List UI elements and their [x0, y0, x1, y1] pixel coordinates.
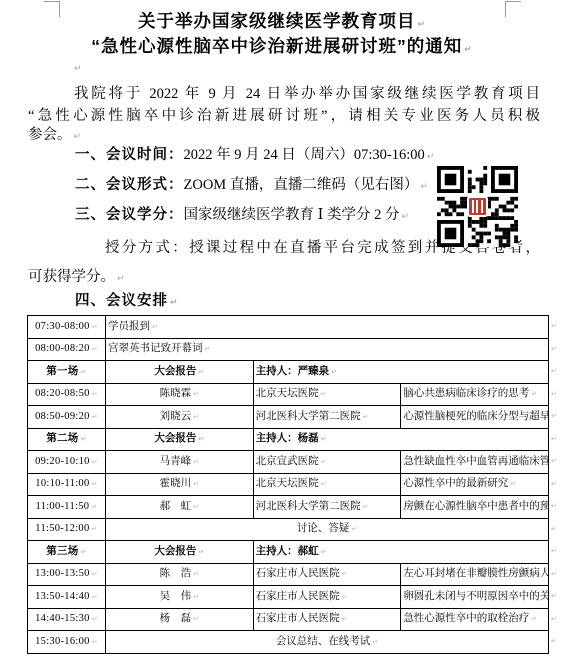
speaker-cell: 杨 磊: [106, 608, 254, 631]
hospital-cell-text: 北京宣武医院: [256, 456, 327, 467]
row-end-mark: ↵: [551, 585, 563, 608]
row-end-mark: ↵: [551, 518, 563, 541]
table-row: 13:50-14:40吴 伟石家庄市人民医院卵圆孔未闭与不明原因卒中的关系: [28, 586, 549, 609]
intro-line: “急性心源性脑卒中诊治新进展研讨班”，请相关专业医务人员积极: [28, 104, 540, 125]
row-end-mark: ↵: [551, 563, 563, 586]
hospital-cell: 石家庄市人民医院: [253, 608, 401, 631]
notice-document-page: { "document": { "title_lines": [ "关于举办国家…: [0, 0, 564, 660]
table-row: 11:00-11:50郝 虹河北医科大学第二医院房颤在心源性脑卒中患者中的预防和…: [28, 496, 549, 519]
topic-cell-text: 心源性卒中的最新研究: [403, 478, 516, 489]
report-type-cell: 大会报告: [106, 541, 254, 564]
row-end-mark: ↵: [551, 473, 563, 496]
time-cell-text: 13:50-14:40: [35, 591, 98, 602]
time-cell-text: 08:50-09:20: [35, 411, 98, 422]
topic-cell-text: 脑心共患病临床诊疗的思考: [403, 388, 537, 399]
speaker-cell-text: 霍晓川: [160, 478, 199, 489]
speaker-cell: 吴 伟: [106, 586, 254, 609]
table-row: 10:10-11:00霍晓川北京天坛医院心源性卒中的最新研究: [28, 473, 549, 496]
time-cell: 14:40-15:30: [28, 608, 106, 631]
table-row: 14:40-15:30杨 磊石家庄市人民医院急性心源性卒中的取栓治疗: [28, 608, 549, 631]
paragraph-mark: 可获得学分。: [28, 269, 125, 285]
row-end-mark: ↵: [551, 608, 563, 631]
content-cell-text: 学员报到: [108, 321, 158, 332]
row-end-mark: ↵: [551, 315, 563, 338]
time-cell-text: 11:00-11:50: [35, 501, 97, 512]
session-label-cell: 第二场: [28, 428, 106, 451]
row-end-mark: ↵: [551, 495, 563, 518]
topic-cell-text: 急性心源性卒中的取栓治疗: [403, 613, 537, 624]
speaker-cell-text: 陈 浩: [160, 568, 199, 579]
report-type-cell-text: 大会报告: [154, 433, 204, 444]
report-type-cell: 大会报告: [106, 428, 254, 451]
hospital-cell: 北京天坛医院: [253, 473, 401, 496]
credit-note-line: 可获得学分。: [28, 265, 125, 286]
report-type-cell: 大会报告: [106, 361, 254, 384]
time-cell-text: 15:30-16:00: [35, 636, 98, 647]
hospital-cell: 石家庄市人民医院: [253, 586, 401, 609]
table-row: 第一场大会报告主持人：严臻泉: [28, 361, 549, 384]
topic-cell-text: 左心耳封堵在非瓣膜性房颤病人中的应用: [403, 568, 548, 579]
time-cell-text: 09:20-10:10: [35, 456, 98, 467]
table-row: 第二场大会报告主持人：杨磊: [28, 428, 549, 451]
host-cell-text: 主持人：杨磊: [256, 433, 327, 444]
schedule-table: 07:30-08:00学员报到08:00-08:20宫翠英书记致开幕词第一场大会…: [27, 315, 549, 654]
hospital-cell-text: 河北医科大学第二医院: [256, 501, 369, 512]
topic-cell-text: 心源性脑梗死的临床分型与超早期再灌注治疗: [403, 411, 548, 422]
time-cell-text: 08:00-08:20: [35, 343, 98, 354]
time-cell: 08:20-08:50: [28, 383, 106, 406]
table-row: 08:20-08:50陈晓霖北京天坛医院脑心共患病临床诊疗的思考: [28, 383, 549, 406]
time-cell: 15:30-16:00: [28, 631, 106, 654]
content-cell-text: 会议总结、在线考试: [276, 636, 378, 647]
hospital-cell: 河北医科大学第二医院: [253, 406, 401, 429]
host-cell-text: 主持人：严臻泉: [256, 366, 337, 377]
schedule-heading: 四、会议安排: [75, 289, 179, 310]
session-label-cell-text: 第一场: [46, 366, 87, 377]
time-cell: 10:10-11:00: [28, 473, 106, 496]
topic-cell: 急性缺血性卒中血管再通临床管理: [401, 451, 549, 474]
time-cell-text: 14:40-15:30: [35, 613, 98, 624]
table-row: 09:20-10:10马青峰北京宣武医院急性缺血性卒中血管再通临床管理: [28, 451, 549, 474]
time-cell: 08:00-08:20: [28, 338, 106, 361]
topic-cell: 脑心共患病临床诊疗的思考: [401, 383, 549, 406]
session-label-cell: 第三场: [28, 541, 106, 564]
hospital-cell: 河北医科大学第二医院: [253, 496, 401, 519]
host-cell: 主持人：杨磊: [253, 428, 548, 451]
topic-cell-text: 房颤在心源性脑卒中患者中的预防和治疗策略: [403, 501, 548, 512]
time-cell: 09:20-10:10: [28, 451, 106, 474]
time-cell: 08:50-09:20: [28, 406, 106, 429]
agenda-item-format: 二、会议形式：ZOOM 直播，直播二维码（见右图）: [75, 173, 428, 194]
speaker-cell-text: 杨 磊: [160, 613, 199, 624]
empty-paragraph-mark: [72, 58, 82, 76]
paragraph-mark: “急性心源性脑卒中诊治新进展研讨班”的通知: [91, 36, 473, 56]
table-row: 15:30-16:00会议总结、在线考试: [28, 631, 549, 654]
live-stream-qr-code: [437, 166, 518, 247]
hospital-cell: 北京宣武医院: [253, 451, 401, 474]
hospital-cell: 北京天坛医院: [253, 383, 401, 406]
content-cell-text: 讨论、答疑: [297, 523, 357, 534]
intro-line: 参会。: [28, 123, 540, 144]
speaker-cell-text: 陈晓霖: [160, 388, 199, 399]
notice-title-line-1: 关于举办国家级继续医学教育项目: [0, 8, 564, 33]
time-cell-text: 08:20-08:50: [35, 388, 98, 399]
session-label-cell-text: 第二场: [46, 433, 87, 444]
speaker-cell: 陈 浩: [106, 563, 254, 586]
row-end-mark: ↵: [551, 405, 563, 428]
report-type-cell-text: 大会报告: [154, 546, 204, 557]
agenda-item-time: 一、会议时间：2022 年 9 月 24 日（周六）07:30-16:00: [75, 143, 434, 164]
intro-line: 我院将于 2022 年 9 月 24 日举办举办国家级继续医学教育项目: [28, 82, 540, 103]
topic-cell: 急性心源性卒中的取栓治疗: [401, 608, 549, 631]
agenda-item-label: 二、会议形式：: [75, 177, 184, 193]
agenda-item-label: 三、会议学分：: [75, 207, 184, 223]
speaker-cell: 霍晓川: [106, 473, 254, 496]
host-cell: 主持人：郝虹: [253, 541, 548, 564]
host-cell: 主持人：严臻泉: [253, 361, 548, 384]
content-cell: 宫翠英书记致开幕词: [106, 338, 549, 361]
topic-cell: 心源性卒中的最新研究: [401, 473, 549, 496]
time-cell-text: 11:50-12:00: [35, 523, 97, 534]
agenda-item-label: 一、会议时间：: [75, 147, 184, 163]
topic-cell: 卵圆孔未闭与不明原因卒中的关系: [401, 586, 549, 609]
table-row: 13:00-13:50陈 浩石家庄市人民医院左心耳封堵在非瓣膜性房颤病人中的应用: [28, 563, 549, 586]
paragraph-mark: 参会。: [28, 127, 81, 143]
speaker-cell: 郝 虹: [106, 496, 254, 519]
speaker-cell: 刘晓云: [106, 406, 254, 429]
row-end-marks: ↵↵↵↵↵↵↵↵↵↵↵↵↵↵↵: [551, 315, 563, 653]
topic-cell: 左心耳封堵在非瓣膜性房颤病人中的应用: [401, 563, 549, 586]
time-cell: 13:50-14:40: [28, 586, 106, 609]
row-end-mark: ↵: [551, 338, 563, 361]
hospital-cell-text: 北京天坛医院: [256, 388, 327, 399]
speaker-cell-text: 马青峰: [160, 456, 199, 467]
agenda-item-text: 2022 年 9 月 24 日（周六）07:30-16:00: [184, 147, 435, 163]
content-cell: 会议总结、在线考试: [106, 631, 549, 654]
topic-cell-text: 卵圆孔未闭与不明原因卒中的关系: [403, 591, 548, 602]
hospital-cell: 石家庄市人民医院: [253, 563, 401, 586]
topic-cell: 心源性脑梗死的临床分型与超早期再灌注治疗: [401, 406, 549, 429]
row-end-mark: ↵: [551, 540, 563, 563]
session-label-cell: 第一场: [28, 361, 106, 384]
topic-cell: 房颤在心源性脑卒中患者中的预防和治疗策略: [401, 496, 549, 519]
table-row: 08:00-08:20宫翠英书记致开幕词: [28, 338, 549, 361]
speaker-cell: 陈晓霖: [106, 383, 254, 406]
time-cell: 13:00-13:50: [28, 563, 106, 586]
report-type-cell-text: 大会报告: [154, 366, 204, 377]
table-row: 11:50-12:00讨论、答疑: [28, 518, 549, 541]
row-end-mark: ↵: [551, 630, 563, 653]
table-row: 第三场大会报告主持人：郝虹: [28, 541, 549, 564]
topic-cell-text: 急性缺血性卒中血管再通临床管理: [403, 456, 548, 467]
hospital-cell-text: 河北医科大学第二医院: [256, 411, 369, 422]
agenda-item-credit: 三、会议学分：国家级继续医学教育 Ⅰ 类学分 2 分: [75, 203, 409, 224]
time-cell: 11:00-11:50: [28, 496, 106, 519]
hospital-cell-text: 石家庄市人民医院: [256, 568, 348, 579]
speaker-cell-text: 郝 虹: [160, 501, 199, 512]
paragraph-mark: 关于举办国家级继续医学教育项目: [138, 11, 426, 31]
hospital-cell-text: 石家庄市人民医院: [256, 613, 348, 624]
hospital-cell-text: 北京天坛医院: [256, 478, 327, 489]
time-cell-text: 10:10-11:00: [35, 478, 97, 489]
row-end-mark: ↵: [551, 360, 563, 383]
agenda-item-text: ZOOM 直播，直播二维码（见右图）: [184, 177, 428, 193]
time-cell: 11:50-12:00: [28, 518, 106, 541]
hospital-cell-text: 石家庄市人民医院: [256, 591, 348, 602]
host-cell-text: 主持人：郝虹: [256, 546, 327, 557]
notice-title-line-2: “急性心源性脑卒中诊治新进展研讨班”的通知: [0, 33, 564, 58]
paragraph-mark: 四、会议安排: [75, 293, 179, 309]
row-end-mark: ↵: [551, 450, 563, 473]
speaker-cell-text: 吴 伟: [160, 591, 199, 602]
row-end-mark: ↵: [551, 383, 563, 406]
content-cell: 讨论、答疑: [106, 518, 549, 541]
content-cell-text: 宫翠英书记致开幕词: [108, 343, 210, 354]
time-cell: 07:30-08:00: [28, 316, 106, 339]
time-cell-text: 13:00-13:50: [35, 568, 98, 579]
content-cell: 学员报到: [106, 316, 549, 339]
agenda-item-text: 国家级继续医学教育 Ⅰ 类学分 2 分: [184, 207, 410, 223]
session-label-cell-text: 第三场: [46, 546, 87, 557]
speaker-cell: 马青峰: [106, 451, 254, 474]
row-end-mark: ↵: [551, 428, 563, 451]
table-row: 07:30-08:00学员报到: [28, 316, 549, 339]
table-row: 08:50-09:20刘晓云河北医科大学第二医院心源性脑梗死的临床分型与超早期再…: [28, 406, 549, 429]
speaker-cell-text: 刘晓云: [160, 411, 199, 422]
time-cell-text: 07:30-08:00: [35, 321, 98, 332]
